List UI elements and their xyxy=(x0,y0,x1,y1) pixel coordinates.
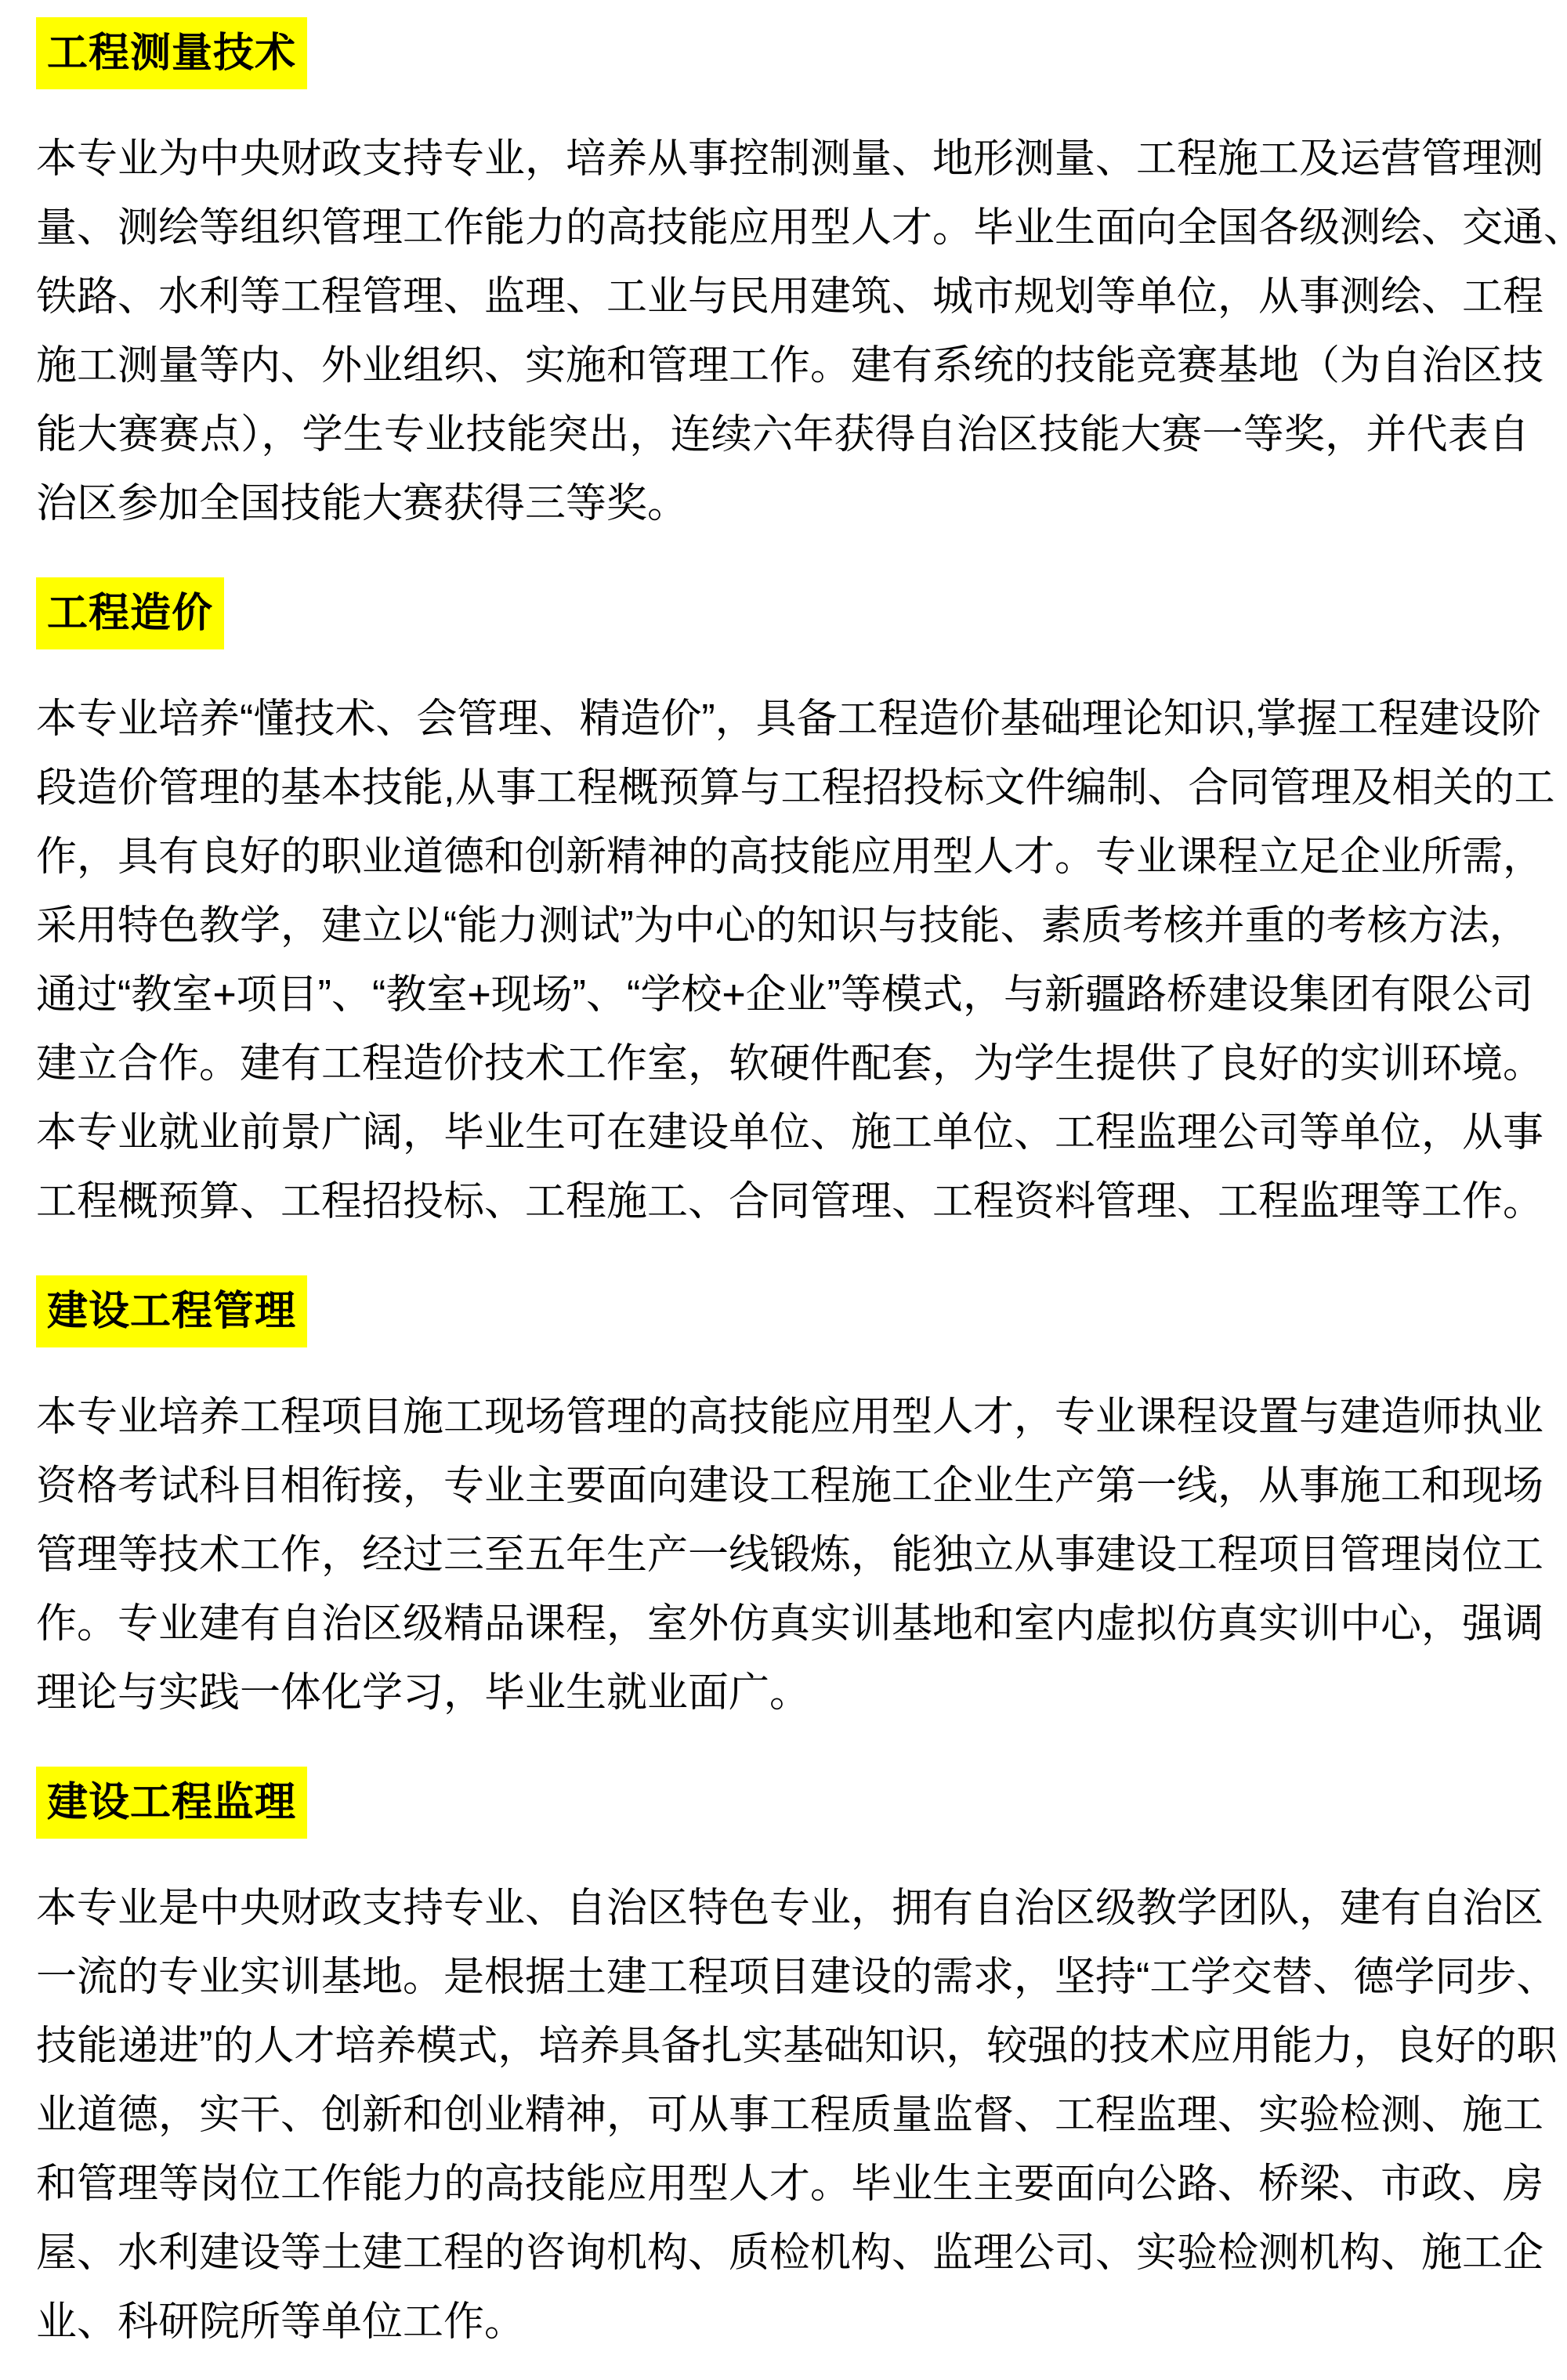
paragraph-line: 业、科研院所等单位工作。 xyxy=(36,2288,1529,2356)
paragraph-line: 技能递进”的人才培养模式，培养具备扎实基础知识，较强的技术应用能力，良好的职 xyxy=(36,2012,1529,2081)
paragraph-line: 一流的专业实训基地。是根据土建工程项目建设的需求，坚持“工学交替、德学同步、 xyxy=(36,1943,1529,2012)
paragraph-line: 理论与实践一体化学习，毕业生就业面广。 xyxy=(36,1658,1529,1727)
paragraph-line: 和管理等岗位工作能力的高技能应用型人才。毕业生主要面向公路、桥梁、市政、房 xyxy=(36,2150,1529,2219)
paragraph-line: 工程概预算、工程招投标、工程施工、合同管理、工程资料管理、工程监理等工作。 xyxy=(36,1167,1529,1236)
paragraph-line: 资格考试科目相衔接，专业主要面向建设工程施工企业生产第一线，从事施工和现场 xyxy=(36,1452,1529,1521)
paragraph-line: 业道德，实干、创新和创业精神，可从事工程质量监督、工程监理、实验检测、施工 xyxy=(36,2081,1529,2150)
section-4-heading-row: 建设工程监理 xyxy=(36,1767,1529,1839)
section-3-heading-row: 建设工程管理 xyxy=(36,1275,1529,1347)
paragraph-line: 能大赛赛点），学生专业技能突出，连续六年获得自治区技能大赛一等奖，并代表自 xyxy=(36,400,1529,469)
paragraph-line: 治区参加全国技能大赛获得三等奖。 xyxy=(36,469,1529,538)
paragraph-line: 本专业为中央财政支持专业，培养从事控制测量、地形测量、工程施工及运营管理测 xyxy=(36,125,1529,194)
section-1-heading-row: 工程测量技术 xyxy=(36,17,1529,89)
section-1-heading: 工程测量技术 xyxy=(36,17,307,89)
paragraph-line: 本专业培养工程项目施工现场管理的高技能应用型人才，专业课程设置与建造师执业 xyxy=(36,1383,1529,1452)
section-3-paragraph: 本专业培养工程项目施工现场管理的高技能应用型人才，专业课程设置与建造师执业 资格… xyxy=(36,1383,1529,1727)
paragraph-line: 采用特色教学，建立以“能力测试”为中心的知识与技能、素质考核并重的考核方法， xyxy=(36,892,1529,960)
paragraph-line: 本专业培养“懂技术、会管理、精造价”，具备工程造价基础理论知识,掌握工程建设阶 xyxy=(36,685,1529,754)
paragraph-line: 施工测量等内、外业组织、实施和管理工作。建有系统的技能竞赛基地（为自治区技 xyxy=(36,331,1529,400)
section-1-paragraph: 本专业为中央财政支持专业，培养从事控制测量、地形测量、工程施工及运营管理测 量、… xyxy=(36,125,1529,538)
document-page: 工程测量技术 本专业为中央财政支持专业，培养从事控制测量、地形测量、工程施工及运… xyxy=(0,0,1567,2380)
section-4-paragraph: 本专业是中央财政支持专业、自治区特色专业，拥有自治区级教学团队，建有自治区 一流… xyxy=(36,1874,1529,2356)
section-3-heading: 建设工程管理 xyxy=(36,1275,307,1347)
paragraph-line: 通过“教室+项目”、“教室+现场”、“学校+企业”等模式，与新疆路桥建设集团有限… xyxy=(36,960,1529,1029)
paragraph-line: 铁路、水利等工程管理、监理、工业与民用建筑、城市规划等单位，从事测绘、工程 xyxy=(36,262,1529,331)
paragraph-line: 作。专业建有自治区级精品课程，室外仿真实训基地和室内虚拟仿真实训中心，强调 xyxy=(36,1590,1529,1658)
paragraph-line: 本专业是中央财政支持专业、自治区特色专业，拥有自治区级教学团队，建有自治区 xyxy=(36,1874,1529,1943)
section-2-heading: 工程造价 xyxy=(36,577,224,649)
paragraph-line: 屋、水利建设等土建工程的咨询机构、质检机构、监理公司、实验检测机构、施工企 xyxy=(36,2219,1529,2288)
section-4-heading: 建设工程监理 xyxy=(36,1767,307,1839)
paragraph-line: 管理等技术工作，经过三至五年生产一线锻炼，能独立从事建设工程项目管理岗位工 xyxy=(36,1521,1529,1590)
section-2-paragraph: 本专业培养“懂技术、会管理、精造价”，具备工程造价基础理论知识,掌握工程建设阶 … xyxy=(36,685,1529,1236)
paragraph-line: 本专业就业前景广阔，毕业生可在建设单位、施工单位、工程监理公司等单位，从事 xyxy=(36,1098,1529,1167)
paragraph-line: 建立合作。建有工程造价技术工作室，软硬件配套，为学生提供了良好的实训环境。 xyxy=(36,1029,1529,1098)
section-2-heading-row: 工程造价 xyxy=(36,577,1529,649)
paragraph-line: 量、测绘等组织管理工作能力的高技能应用型人才。毕业生面向全国各级测绘、交通、 xyxy=(36,194,1529,262)
paragraph-line: 段造价管理的基本技能,从事工程概预算与工程招投标文件编制、合同管理及相关的工 xyxy=(36,754,1529,823)
paragraph-line: 作，具有良好的职业道德和创新精神的高技能应用型人才。专业课程立足企业所需， xyxy=(36,823,1529,892)
